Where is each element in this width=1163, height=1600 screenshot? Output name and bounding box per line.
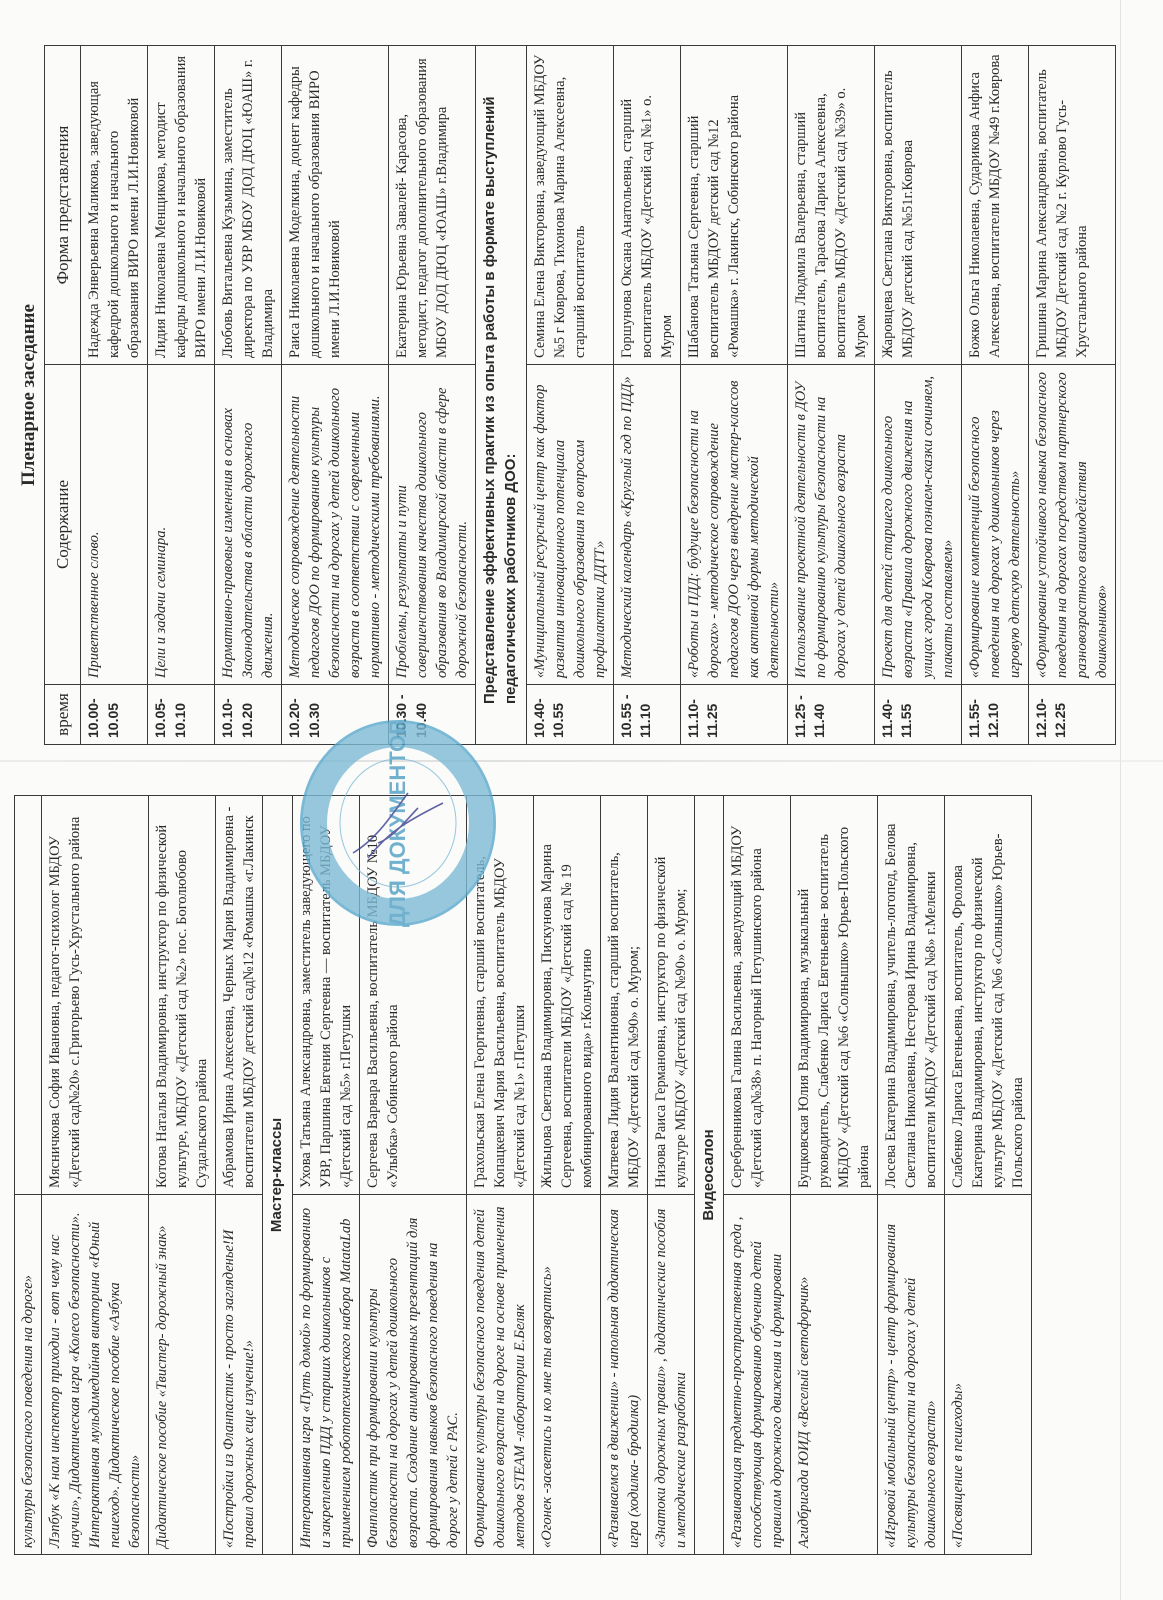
cell-presenter: Раиса Николаевна Моделкина, доцент кафед… bbox=[282, 46, 389, 365]
cell-content: Нормативно-правовые изменения в основах … bbox=[215, 365, 282, 685]
cell-content: Проблемы, результаты и пути совершенство… bbox=[389, 365, 476, 685]
section-videosalon: Видеосалон bbox=[694, 796, 724, 1555]
table-row: 10.40-10.55«Муниципальный ресурсный цент… bbox=[526, 46, 613, 745]
cell-content: Фанпластик при формировании культуры без… bbox=[359, 1195, 466, 1555]
table-row: Лэпбук «К нам инспектор приходил - вот ч… bbox=[42, 796, 149, 1555]
header-content: Содержание bbox=[45, 365, 81, 685]
cell-presenter: Мясничкова София Ивановна, педагог-психо… bbox=[42, 796, 149, 1195]
table-row: 10.55 - 11.10Методический календарь «Кру… bbox=[613, 46, 680, 745]
cell-time: 11.40-11.55 bbox=[874, 685, 961, 745]
cell-presenter: Божко Ольга Николаевна, Сударикова Анфис… bbox=[961, 46, 1028, 365]
cell-content: «Посвящение в пешеходы» bbox=[945, 1195, 1032, 1555]
cell-time: 10.05-10.10 bbox=[148, 685, 215, 745]
table-row: «Огонек -засветись и ко мне ты возвратис… bbox=[533, 796, 600, 1555]
cell-time: 10.00-10.05 bbox=[81, 685, 148, 745]
section-row: Мастер-классы bbox=[263, 796, 293, 1555]
cell-presenter: Низова Раиса Германовна, инструктор по ф… bbox=[647, 796, 694, 1195]
plenary-page: Пленарное заседание время Содержание Фор… bbox=[14, 45, 1084, 745]
cell-time: 11.55-12.10 bbox=[961, 685, 1028, 745]
header-time: время bbox=[45, 685, 81, 745]
videosalon-rows: «Развивающая предметно-пространственная … bbox=[724, 796, 1032, 1555]
continuation-table: культуры безопасного поведения на дороге… bbox=[14, 795, 1032, 1555]
cell-presenter: Горшунова Оксана Анатольевна, старший во… bbox=[613, 46, 680, 365]
cell-content: Интерактивная игра «Путь домой» по форми… bbox=[292, 1195, 359, 1555]
cell-content: Агидбригада ЮИД «Веселый светофорчик» bbox=[791, 1195, 878, 1555]
cell-content: Приветственное слово. bbox=[81, 365, 148, 685]
cell-content: «Знатоки дорожных правил» , дидактически… bbox=[647, 1195, 694, 1555]
signature-icon bbox=[348, 783, 448, 863]
intro-rows: культуры безопасного поведения на дороге… bbox=[15, 796, 263, 1555]
cell-presenter: Лосева Екатерина Владимировна, учитель-л… bbox=[878, 796, 945, 1195]
cell-presenter: Матвеева Лидия Валентиновна, старший вос… bbox=[600, 796, 647, 1195]
cell-content: Методический календарь «Круглый год по П… bbox=[613, 365, 680, 685]
cell-presenter: Гришина Марина Александровна, воспитател… bbox=[1028, 46, 1115, 365]
cell-content: Лэпбук «К нам инспектор приходил - вот ч… bbox=[42, 1195, 149, 1555]
table-row: 11.55-12.10«Формирование компетенций без… bbox=[961, 46, 1028, 745]
cell-content: «Огонек -засветись и ко мне ты возвратис… bbox=[533, 1195, 600, 1555]
table-row: «Развивающая предметно-пространственная … bbox=[724, 796, 791, 1555]
cell-presenter: Бущковская Юлия Владимировна, музыкальны… bbox=[791, 796, 878, 1195]
cell-time: 10.40-10.55 bbox=[526, 685, 613, 745]
cell-presenter: Жильцова Светлана Владимировна, Пискунов… bbox=[533, 796, 600, 1195]
header-presenter: Форма представления bbox=[45, 46, 81, 365]
table-row: Дидактическое пособие «Твистер- дорожный… bbox=[149, 796, 216, 1555]
continuation-page: культуры безопасного поведения на дороге… bbox=[14, 795, 1014, 1555]
cell-content: «Развивающая предметно-пространственная … bbox=[724, 1195, 791, 1555]
section-masterclasses: Мастер-классы bbox=[263, 796, 293, 1555]
table-row: 10.20-10.30Методическое сопровождение де… bbox=[282, 46, 389, 745]
table-row: «Постройки из Фланпастик - просто загляд… bbox=[216, 796, 263, 1555]
cell-presenter: Слабенко Лариса Евгеньевна, воспитатель,… bbox=[945, 796, 1032, 1195]
table-row: 11.10-11.25«Роботы и ПДД: будущее безопа… bbox=[680, 46, 787, 745]
cell-content: «Роботы и ПДД: будущее безопасности на д… bbox=[680, 365, 787, 685]
cell-presenter: Лидия Николаевна Менщикова, методист каф… bbox=[148, 46, 215, 365]
cell-time: 11.10-11.25 bbox=[680, 685, 787, 745]
table-row: культуры безопасного поведения на дороге… bbox=[15, 796, 42, 1555]
official-stamp: ДЛЯ ДОКУМЕНТОВ bbox=[300, 720, 496, 926]
table-row: «Знатоки дорожных правил» , дидактически… bbox=[647, 796, 694, 1555]
cell-time: 12.10-12.25 bbox=[1028, 685, 1115, 745]
practice-rows: 10.40-10.55«Муниципальный ресурсный цент… bbox=[526, 46, 1115, 745]
cell-content: «Формирование устойчивого навыка безопас… bbox=[1028, 365, 1115, 685]
cell-presenter: Екатерина Юрьевна Завалей- Карасова, мет… bbox=[389, 46, 476, 365]
cell-content: «Игровой мобильный центр» - центр формир… bbox=[878, 1195, 945, 1555]
cell-content: Проект для детей старшего дошкольного во… bbox=[874, 365, 961, 685]
section-practices: Представление эффективных практик из опы… bbox=[476, 46, 526, 745]
cell-content: «Муниципальный ресурсный центр как факто… bbox=[526, 365, 613, 685]
cell-presenter: Семина Елена Викторовна, заведующий МБДО… bbox=[526, 46, 613, 365]
table-row: 12.10-12.25«Формирование устойчивого нав… bbox=[1028, 46, 1115, 745]
table-header-row: время Содержание Форма представления bbox=[45, 46, 81, 745]
table-row: 11.25 - 11.40Использование проектной дея… bbox=[787, 46, 874, 745]
cell-time: 11.25 - 11.40 bbox=[787, 685, 874, 745]
cell-content: Дидактическое пособие «Твистер- дорожный… bbox=[149, 1195, 216, 1555]
plenary-rows: 10.00-10.05Приветственное слово.Надежда … bbox=[81, 46, 476, 745]
section-row: Представление эффективных практик из опы… bbox=[476, 46, 526, 745]
cell-content: «Развиваемся в движении» - напольная дид… bbox=[600, 1195, 647, 1555]
table-row: 10.30 - 10.40Проблемы, результаты и пути… bbox=[389, 46, 476, 745]
cell-content: Методическое сопровождение деятельности … bbox=[282, 365, 389, 685]
cell-presenter bbox=[15, 796, 42, 1195]
table-row: «Игровой мобильный центр» - центр формир… bbox=[878, 796, 945, 1555]
table-row: «Развиваемся в движении» - напольная дид… bbox=[600, 796, 647, 1555]
paper-edge bbox=[1120, 0, 1121, 1600]
section-row: Видеосалон bbox=[694, 796, 724, 1555]
table-row: Агидбригада ЮИД «Веселый светофорчик»Бущ… bbox=[791, 796, 878, 1555]
cell-content: Использование проектной деятельности в Д… bbox=[787, 365, 874, 685]
cell-presenter: Надежда Энверьевна Маликова, заведующая … bbox=[81, 46, 148, 365]
cell-time: 10.55 - 11.10 bbox=[613, 685, 680, 745]
page-title: Пленарное заседание bbox=[14, 45, 44, 745]
cell-presenter: Серебренникова Галина Васильевна, заведу… bbox=[724, 796, 791, 1195]
cell-presenter: Любовь Витальевна Кузьмина, заместитель … bbox=[215, 46, 282, 365]
cell-content: «Постройки из Фланпастик - просто загляд… bbox=[216, 1195, 263, 1555]
cell-presenter: Жаровцева Светлана Викторовна, воспитате… bbox=[874, 46, 961, 365]
cell-content: Цели и задачи семинара. bbox=[148, 365, 215, 685]
cell-presenter: Шагина Людмила Валерьевна, старший воспи… bbox=[787, 46, 874, 365]
table-row: 10.00-10.05Приветственное слово.Надежда … bbox=[81, 46, 148, 745]
cell-time: 10.10-10.20 bbox=[215, 685, 282, 745]
cell-presenter: Котова Наталья Владимировна, инструктор … bbox=[149, 796, 216, 1195]
plenary-table: время Содержание Форма представления 10.… bbox=[44, 45, 1116, 745]
cell-content: культуры безопасного поведения на дороге… bbox=[15, 1195, 42, 1555]
table-row: 11.40-11.55Проект для детей старшего дош… bbox=[874, 46, 961, 745]
table-row: 10.05-10.10Цели и задачи семинара.Лидия … bbox=[148, 46, 215, 745]
cell-presenter: Абрамова Ирина Алексеевна, Черных Мария … bbox=[216, 796, 263, 1195]
cell-content: «Формирование компетенций безопасного по… bbox=[961, 365, 1028, 685]
table-row: «Посвящение в пешеходы»Слабенко Лариса Е… bbox=[945, 796, 1032, 1555]
table-row: 10.10-10.20Нормативно-правовые изменения… bbox=[215, 46, 282, 745]
paper-fold-line bbox=[0, 760, 1163, 762]
cell-presenter: Шабанова Татьяна Сергеевна, старший восп… bbox=[680, 46, 787, 365]
cell-content: Формирование культуры безопасного поведе… bbox=[466, 1195, 533, 1555]
